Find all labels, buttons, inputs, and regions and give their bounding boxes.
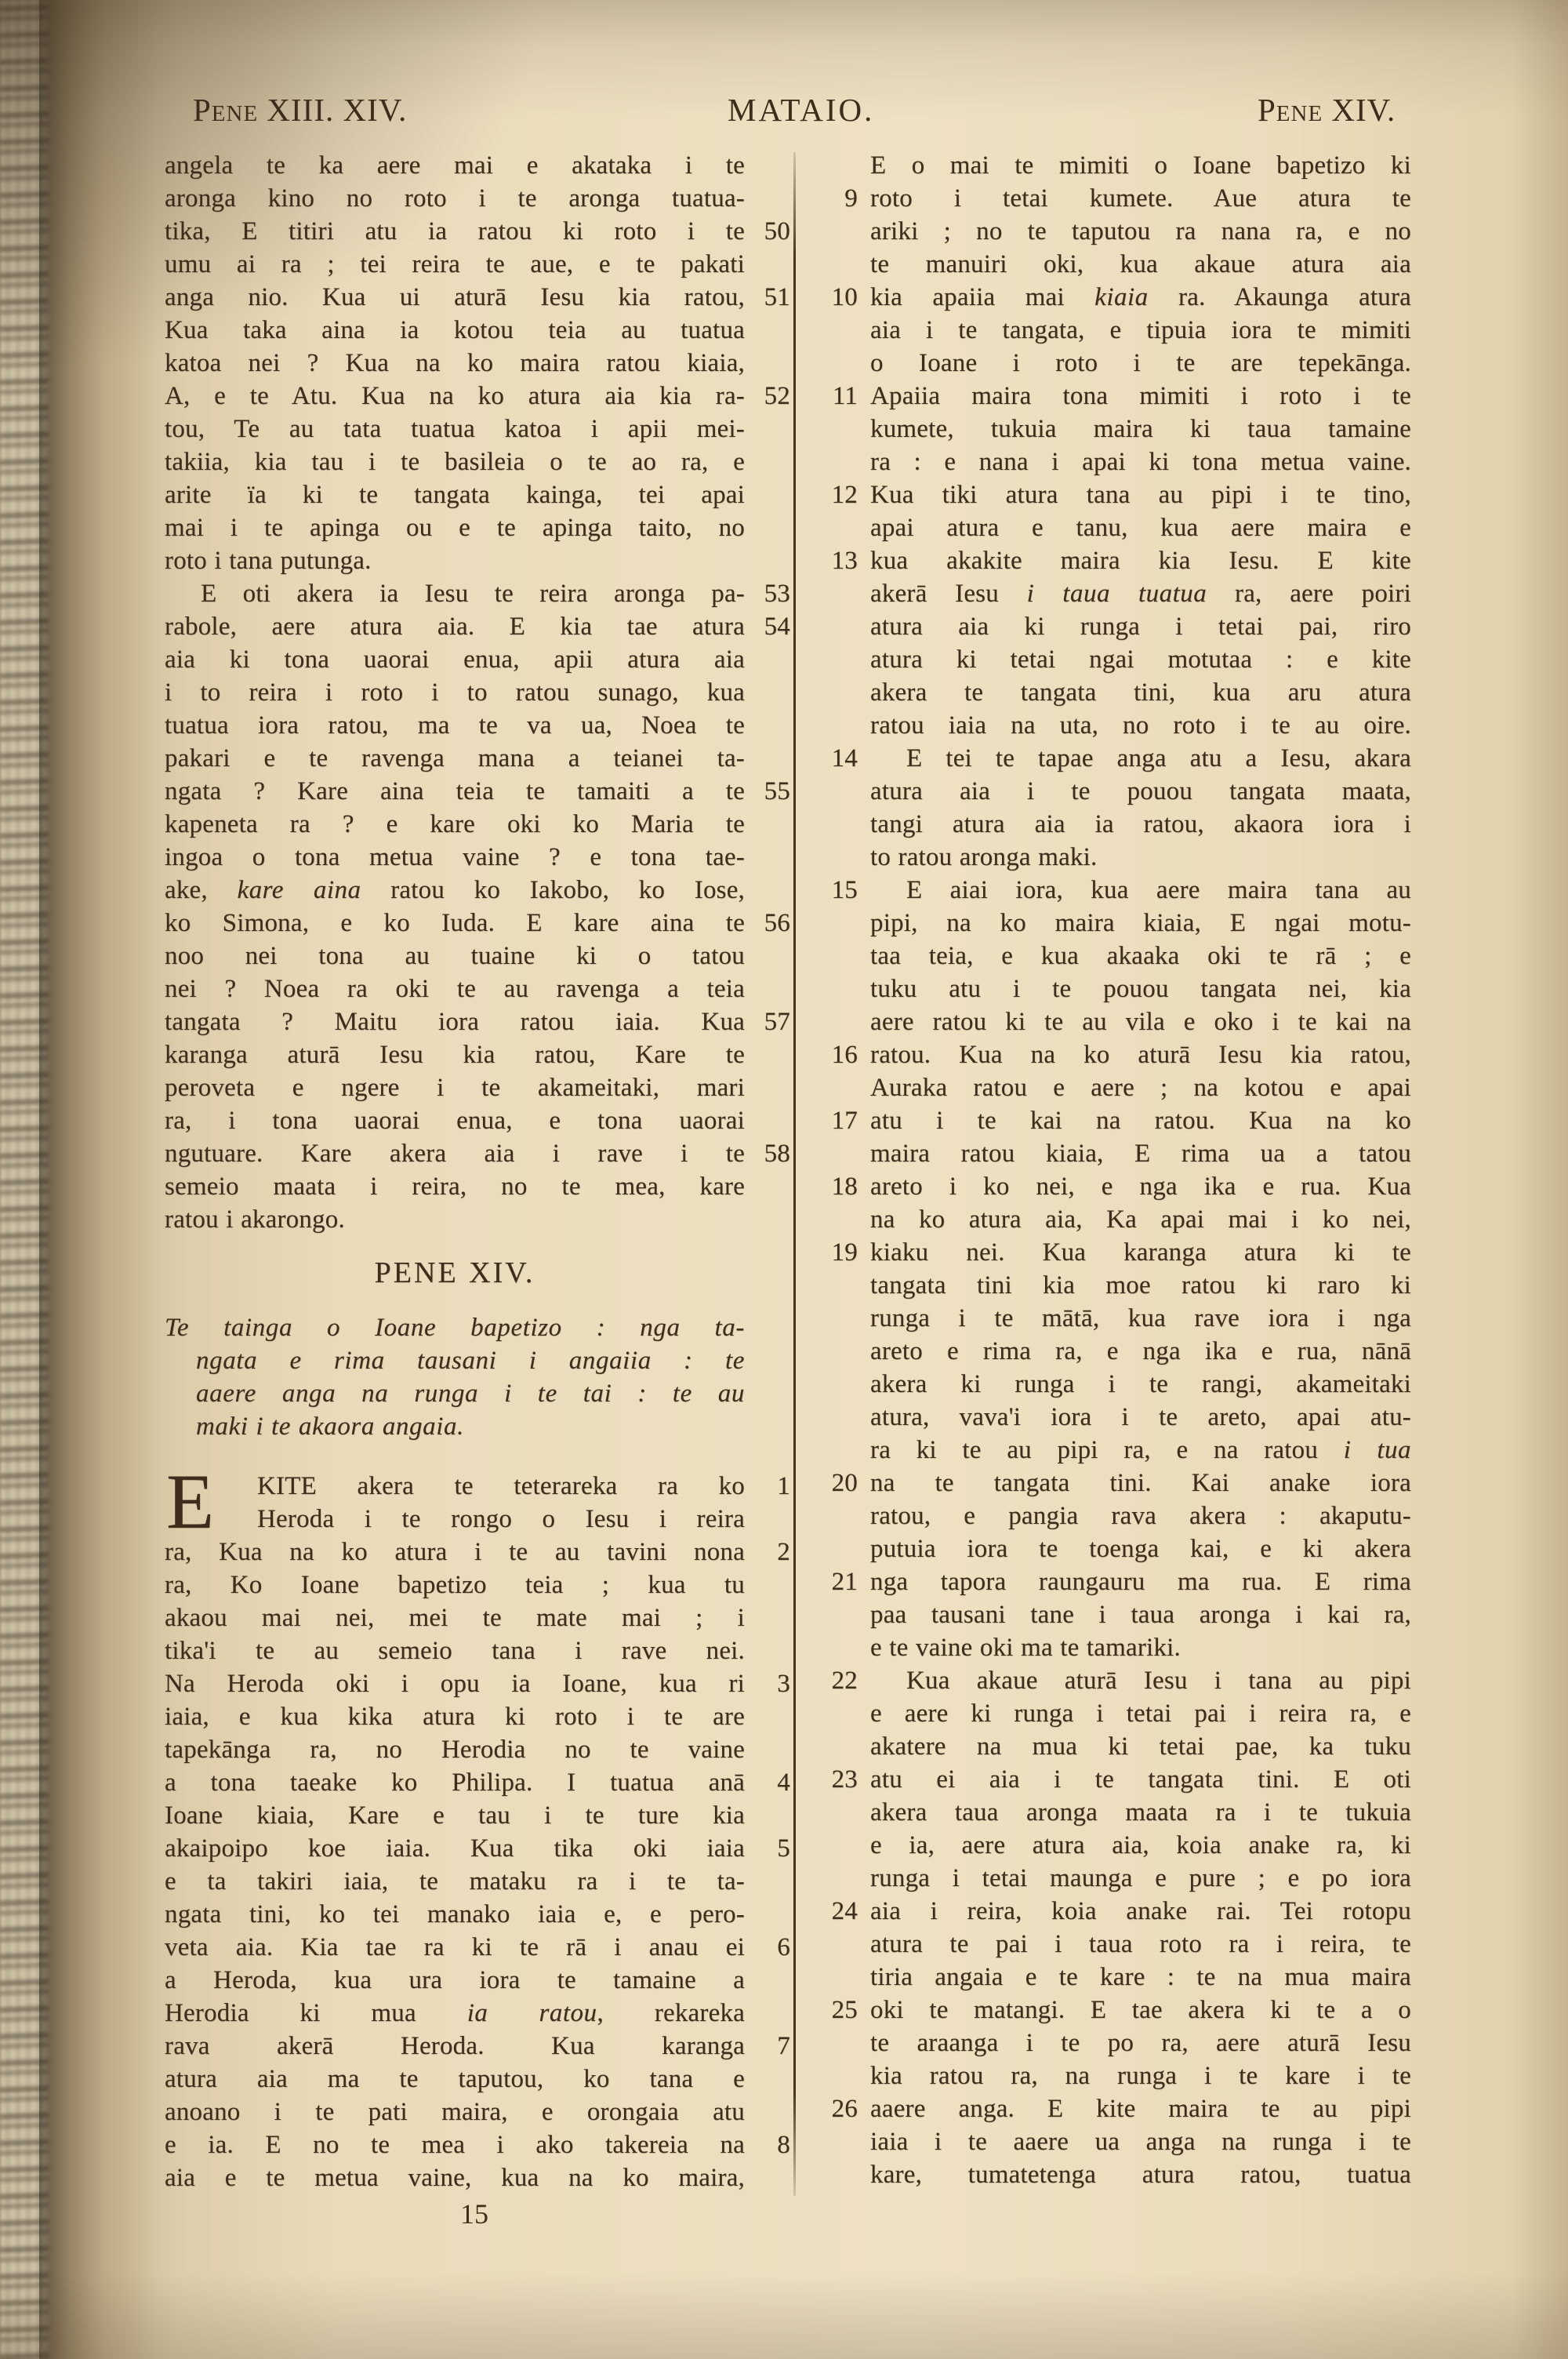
text-line: akatere na mua ki tetai pae, ka tuku — [814, 1730, 1411, 1763]
text-line-content: tangi atura aia ia ratou, akaora iora i — [870, 808, 1411, 841]
verse-number: 23 — [814, 1763, 858, 1796]
text-line: 21nga tapora raungauru ma rua. E rima — [814, 1565, 1411, 1598]
text-line: umu ai ra ; tei reira te aue, e te pakat… — [165, 248, 792, 281]
text-line-content: paa tausani tane i taua aronga i kai ra, — [870, 1598, 1411, 1631]
text-line-content: noo nei tona au tuaine ki o tatou — [165, 940, 745, 972]
text-line-content: Apaiia maira tona mimiti i roto i te — [870, 380, 1411, 413]
text-line-content: areto i ko nei, e nga ika e rua. Kua — [870, 1170, 1411, 1203]
text-line: ratou i akarongo. — [165, 1203, 792, 1236]
text-line: ra : e nana i apai ki tona metua vaine. — [814, 445, 1411, 478]
verse-number: 11 — [814, 380, 858, 413]
text-line-content: akaipoipo koe iaia. Kua tika oki iaia — [165, 1832, 745, 1865]
text-line-content: nga tapora raungauru ma rua. E rima — [870, 1565, 1411, 1598]
verse-number: 1 — [748, 1470, 790, 1503]
text-line: 18areto i ko nei, e nga ika e rua. Kua — [814, 1170, 1411, 1203]
text-line: te manuiri oki, kua akaue atura aia — [814, 248, 1411, 281]
verse-number: 3 — [748, 1667, 790, 1700]
text-line-content: ko Simona, e ko Iuda. E kare aina te — [165, 907, 745, 940]
text-line-content: ngata ? Kare aina teia te tamaiti a te — [165, 775, 745, 808]
text-line-content: ratou i akarongo. — [165, 1203, 745, 1236]
text-line: nei ? Noea ra oki te au ravenga a teia — [165, 972, 792, 1005]
text-line: aronga kino no roto i te aronga tuatua- — [165, 182, 792, 215]
text-line-content: atu i te kai na ratou. Kua na ko — [870, 1104, 1411, 1137]
text-line: aere ratou ki te au vila e oko i te kai … — [814, 1005, 1411, 1038]
chapter-heading: PENE XIV. — [165, 1256, 792, 1294]
text-line: arite ïa ki te tangata kainga, tei apai — [165, 478, 792, 511]
text-line-content: umu ai ra ; tei reira te aue, e te pakat… — [165, 248, 745, 281]
text-line-content: ra, Ko Ioane bapetizo teia ; kua tu — [165, 1568, 745, 1601]
text-line-content: atura ki tetai ngai motutaa : e kite — [870, 643, 1411, 676]
text-line: ra, Ko Ioane bapetizo teia ; kua tu — [165, 1568, 792, 1601]
verse-number: 5 — [748, 1832, 790, 1865]
text-line-content: taa teia, e kua akaaka oki te rā ; e — [870, 940, 1411, 972]
text-line: 51anga nio. Kua ui aturā Iesu kia ratou, — [165, 281, 792, 314]
text-line-content: akerā Iesu i taua tuatua ra, aere poiri — [870, 577, 1411, 610]
text-line: iaia i te aaere ua anga na runga i te — [814, 2125, 1411, 2158]
verse-number: 16 — [814, 1038, 858, 1071]
text-line-content: a tona taeake ko Philipa. I tuatua anā — [165, 1766, 745, 1799]
text-line: 57tangata ? Maitu iora ratou iaia. Kua — [165, 1005, 792, 1038]
text-line-content: ratou. Kua na ko aturā Iesu kia ratou, — [870, 1038, 1411, 1071]
text-line-content: atu ei aia i te tangata tini. E oti — [870, 1763, 1411, 1796]
text-line-content: e ta takiri iaia, te mataku ra i te ta- — [165, 1865, 745, 1898]
text-line: Te tainga o Ioane bapetizo : nga ta- — [165, 1311, 792, 1344]
text-line: paa tausani tane i taua aronga i kai ra, — [814, 1598, 1411, 1631]
text-line: 22Kua akaue aturā Iesu i tana au pipi — [814, 1664, 1411, 1697]
text-line-content: kiaku nei. Kua karanga atura ki te — [870, 1236, 1411, 1269]
text-line-content: Kua akaue aturā Iesu i tana au pipi — [870, 1664, 1411, 1697]
text-line-content: e aere ki runga i tetai pai i reira ra, … — [870, 1697, 1411, 1730]
text-line: ariki ; no te taputou ra nana ra, e no — [814, 215, 1411, 248]
text-line-content: apai atura e tanu, kua aere maira e — [870, 511, 1411, 544]
text-line: anoano i te pati maira, e orongaia atu — [165, 2095, 792, 2128]
text-line-content: e te vaine oki ma te tamariki. — [870, 1631, 1411, 1664]
left-column: angela te ka aere mai e akataka i tearon… — [165, 149, 792, 2194]
text-line-content: E tei te tapae anga atu a Iesu, akara — [870, 742, 1411, 775]
text-line-content: areto e rima ra, e nga ika e rua, nānā — [870, 1335, 1411, 1368]
text-line-content: atura, vava'i iora i te areto, apai atu- — [870, 1401, 1411, 1434]
text-line-content: tou, Te au tata tuatua katoa i apii mei- — [165, 413, 745, 445]
text-line-content: na ko atura aia, Ka apai mai i ko nei, — [870, 1203, 1411, 1236]
text-line: 14E tei te tapae anga atu a Iesu, akara — [814, 742, 1411, 775]
text-line-content: Te tainga o Ioane bapetizo : nga ta- — [165, 1311, 745, 1344]
text-line: 10kia apaiia mai kiaia ra. Akaunga atura — [814, 281, 1411, 314]
text-line-content: kapeneta ra ? e kare oki ko Maria te — [165, 808, 745, 841]
text-line: semeio maata i reira, no te mea, kare — [165, 1170, 792, 1203]
text-line-content: aronga kino no roto i te aronga tuatua- — [165, 182, 745, 215]
text-line-content: akaou mai nei, mei te mate mai ; i — [165, 1601, 745, 1634]
text-line-content: tangata ? Maitu iora ratou iaia. Kua — [165, 1005, 745, 1038]
text-line-content: ariki ; no te taputou ra nana ra, e no — [870, 215, 1411, 248]
text-line-content: E oti akera ia Iesu te reira aronga pa- — [165, 577, 745, 610]
text-line-content: kia ratou ra, na runga i te kare i te — [870, 2059, 1411, 2092]
text-line: kapeneta ra ? e kare oki ko Maria te — [165, 808, 792, 841]
text-line: taa teia, e kua akaaka oki te rā ; e — [814, 940, 1411, 972]
text-line-content: i to reira i roto i to ratou sunago, kua — [165, 676, 745, 709]
text-line-content: ngata e rima tausani i angaiia : te — [165, 1344, 745, 1377]
text-line: 58ngutuare. Kare akera aia i rave i te — [165, 1137, 792, 1170]
page-number: 15 — [165, 2197, 784, 2230]
verse-number: 55 — [748, 775, 790, 808]
text-line: ngata e rima tausani i angaiia : te — [165, 1344, 792, 1377]
text-line: runga i te mātā, kua rave iora i nga — [814, 1302, 1411, 1335]
text-line: 1EKITE akera te teterareka ra ko — [165, 1470, 792, 1503]
verse-number: 25 — [814, 1994, 858, 2026]
text-line-content: ingoa o tona metua vaine ? e tona tae- — [165, 841, 745, 874]
text-line: 9roto i tetai kumete. Aue atura te — [814, 182, 1411, 215]
verse-number: 54 — [748, 610, 790, 643]
text-line-content: anga nio. Kua ui aturā Iesu kia ratou, — [165, 281, 745, 314]
text-line: kare, tumatetenga atura ratou, tuatua — [814, 2158, 1411, 2191]
running-header-right: Pene XIV. — [1258, 91, 1396, 129]
text-line-content: kia apaiia mai kiaia ra. Akaunga atura — [870, 281, 1411, 314]
text-line: atura te pai i taua roto ra i reira, te — [814, 1928, 1411, 1961]
text-line: 4a tona taeake ko Philipa. I tuatua anā — [165, 1766, 792, 1799]
verse-number: 17 — [814, 1104, 858, 1137]
text-line: peroveta e ngere i te akameitaki, mari — [165, 1071, 792, 1104]
text-line-content: maira ratou kiaia, E rima ua a tatou — [870, 1137, 1411, 1170]
text-line-content: karanga aturā Iesu kia ratou, Kare te — [165, 1038, 745, 1071]
text-line-content: veta aia. Kia tae ra ki te rā i anau ei — [165, 1931, 745, 1964]
text-line: e ia, aere atura aia, koia anake ra, ki — [814, 1829, 1411, 1862]
text-line-content: kua akakite maira kia Iesu. E kite — [870, 544, 1411, 577]
text-line-content: katoa nei ? Kua na ko maira ratou kiaia, — [165, 347, 745, 380]
gutter-shadow — [39, 0, 157, 2359]
text-line: mai i te apinga ou e te apinga taito, no — [165, 511, 792, 544]
verse-number: 7 — [748, 2030, 790, 2063]
text-line-content: akera taua aronga maata ra i te tukuia — [870, 1796, 1411, 1829]
text-line: atura, vava'i iora i te areto, apai atu- — [814, 1401, 1411, 1434]
text-line-content: ra, Kua na ko atura i te au tavini nona — [165, 1536, 745, 1568]
verse-number: 13 — [814, 544, 858, 577]
text-line: 6veta aia. Kia tae ra ki te rā i anau ei — [165, 1931, 792, 1964]
verse-number: 21 — [814, 1565, 858, 1598]
text-line-content: atura aia i te pouou tangata maata, — [870, 775, 1411, 808]
text-line: 16ratou. Kua na ko aturā Iesu kia ratou, — [814, 1038, 1411, 1071]
text-line-content: akera ki runga i te rangi, akameitaki — [870, 1368, 1411, 1401]
text-line: 13kua akakite maira kia Iesu. E kite — [814, 544, 1411, 577]
text-line: katoa nei ? Kua na ko maira ratou kiaia, — [165, 347, 792, 380]
text-line: akera taua aronga maata ra i te tukuia — [814, 1796, 1411, 1829]
text-line: akaou mai nei, mei te mate mai ; i — [165, 1601, 792, 1634]
text-line-content: maki i te akaora angaia. — [165, 1410, 745, 1443]
text-line: atura aia ma te taputou, ko tana e — [165, 2063, 792, 2095]
text-line-content: aaere anga. E kite maira te au pipi — [870, 2092, 1411, 2125]
verse-number: 56 — [748, 907, 790, 940]
text-line: maki i te akaora angaia. — [165, 1410, 792, 1443]
text-line-content: ra : e nana i apai ki tona metua vaine. — [870, 445, 1411, 478]
text-line: e te vaine oki ma te tamariki. — [814, 1631, 1411, 1664]
text-line-content: tiria angaia e te kare : te na mua maira — [870, 1961, 1411, 1994]
text-line: e ta takiri iaia, te mataku ra i te ta- — [165, 1865, 792, 1898]
text-line: atura aia i te pouou tangata maata, — [814, 775, 1411, 808]
text-line-content: Ioane kiaia, Kare e tau i te ture kia — [165, 1799, 745, 1832]
text-line-content: tika, E titiri atu ia ratou ki roto i te — [165, 215, 745, 248]
text-line-content: peroveta e ngere i te akameitaki, mari — [165, 1071, 745, 1104]
text-line-content: aia i te tangata, e tipuia iora te mimit… — [870, 314, 1411, 347]
text-line: tiria angaia e te kare : te na mua maira — [814, 1961, 1411, 1994]
text-line: tuatua iora ratou, ma te va ua, Noea te — [165, 709, 792, 742]
text-line-content: ake, kare aina ratou ko Iakobo, ko Iose, — [165, 874, 745, 907]
text-line: Herodia ki mua ia ratou, rekareka — [165, 1997, 792, 2030]
text-line-content: tapekānga ra, no Herodia no te vaine — [165, 1733, 745, 1766]
text-line: te araanga i te po ra, aere aturā Iesu — [814, 2026, 1411, 2059]
text-line: runga i tetai maunga e pure ; e po iora — [814, 1862, 1411, 1895]
text-line-content: na te tangata tini. Kai anake iora — [870, 1467, 1411, 1499]
text-line: roto i tana putunga. — [165, 544, 792, 577]
text-line-content: takiia, kia tau i te basileia o te ao ra… — [165, 445, 745, 478]
text-line: 50tika, E titiri atu ia ratou ki roto i … — [165, 215, 792, 248]
text-line-content: ratou, e pangia rava akera : akaputu- — [870, 1499, 1411, 1532]
verse-number: 19 — [814, 1236, 858, 1269]
text-line: 19kiaku nei. Kua karanga atura ki te — [814, 1236, 1411, 1269]
text-line: 52A, e te Atu. Kua na ko atura aia kia r… — [165, 380, 792, 413]
text-line: to ratou aronga maki. — [814, 841, 1411, 874]
text-line-content: E aiai iora, kua aere maira tana au — [870, 874, 1411, 907]
verse-number: 14 — [814, 742, 858, 775]
verse-number: 6 — [748, 1931, 790, 1964]
text-line: 15E aiai iora, kua aere maira tana au — [814, 874, 1411, 907]
text-line: tuku atu i te pouou tangata nei, kia — [814, 972, 1411, 1005]
text-line-content: E o mai te mimiti o Ioane bapetizo ki — [870, 149, 1411, 182]
text-line: putuia iora te toenga kai, e ki akera — [814, 1532, 1411, 1565]
text-line-content: rabole, aere atura aia. E kia tae atura — [165, 610, 745, 643]
verse-number: 12 — [814, 478, 858, 511]
verse-number: 8 — [748, 2128, 790, 2161]
verse-number: 26 — [814, 2092, 858, 2125]
text-line-content: te araanga i te po ra, aere aturā Iesu — [870, 2026, 1411, 2059]
text-line-content: angela te ka aere mai e akataka i te — [165, 149, 745, 182]
text-line: aia i te tangata, e tipuia iora te mimit… — [814, 314, 1411, 347]
book-page-photo: Pene XIII. XIV. MATAIO. Pene XIV. angela… — [0, 0, 1568, 2359]
text-line: 12Kua tiki atura tana au pipi i te tino, — [814, 478, 1411, 511]
text-line-content: tuku atu i te pouou tangata nei, kia — [870, 972, 1411, 1005]
text-line-content: rava akerā Heroda. Kua karanga — [165, 2030, 745, 2063]
text-line: Auraka ratou e aere ; na kotou e apai — [814, 1071, 1411, 1104]
text-line: E o mai te mimiti o Ioane bapetizo ki — [814, 149, 1411, 182]
text-line: 17atu i te kai na ratou. Kua na ko — [814, 1104, 1411, 1137]
text-line: tangi atura aia ia ratou, akaora iora i — [814, 808, 1411, 841]
text-line: 56ko Simona, e ko Iuda. E kare aina te — [165, 907, 792, 940]
text-line-content: Auraka ratou e aere ; na kotou e apai — [870, 1071, 1411, 1104]
text-line: e aere ki runga i tetai pai i reira ra, … — [814, 1697, 1411, 1730]
text-line-content: mai i te apinga ou e te apinga taito, no — [165, 511, 745, 544]
text-line: angela te ka aere mai e akataka i te — [165, 149, 792, 182]
text-line: aia ki tona uaorai enua, apii atura aia — [165, 643, 792, 676]
text-line-content: A, e te Atu. Kua na ko atura aia kia ra- — [165, 380, 745, 413]
text-line: ra, i tona uaorai enua, e tona uaorai — [165, 1104, 792, 1137]
verse-number: 51 — [748, 281, 790, 314]
text-line: kia ratou ra, na runga i te kare i te — [814, 2059, 1411, 2092]
text-line: tou, Te au tata tuatua katoa i apii mei- — [165, 413, 792, 445]
text-line-content: e ia. E no te mea i ako takereia na — [165, 2128, 745, 2161]
text-line-content: roto i tana putunga. — [165, 544, 745, 577]
text-line-content: ngutuare. Kare akera aia i rave i te — [165, 1137, 745, 1170]
text-line: ingoa o tona metua vaine ? e tona tae- — [165, 841, 792, 874]
text-line: tika'i te au semeio tana i rave nei. — [165, 1634, 792, 1667]
verse-number: 9 — [814, 182, 858, 215]
verse-number: 10 — [814, 281, 858, 314]
text-line: iaia, e kua kika atura ki roto i te are — [165, 1700, 792, 1733]
text-line: 7rava akerā Heroda. Kua karanga — [165, 2030, 792, 2063]
verse-number: 18 — [814, 1170, 858, 1203]
text-line-content: iaia i te aaere ua anga na runga i te — [870, 2125, 1411, 2158]
text-line: 53E oti akera ia Iesu te reira aronga pa… — [165, 577, 792, 610]
text-line-content: aia ki tona uaorai enua, apii atura aia — [165, 643, 745, 676]
text-line-content: aere ratou ki te au vila e oko i te kai … — [870, 1005, 1411, 1038]
text-line-content: oki te matangi. E tae akera ki te a o — [870, 1994, 1411, 2026]
verse-number: 15 — [814, 874, 858, 907]
text-line: pipi, na ko maira kiaia, E ngai motu- — [814, 907, 1411, 940]
text-line: Kua taka aina ia kotou teia au tuatua — [165, 314, 792, 347]
text-line: ngata tini, ko tei manako iaia e, e pero… — [165, 1898, 792, 1931]
text-line: 24aia i reira, koia anake rai. Tei rotop… — [814, 1895, 1411, 1928]
text-line: 54rabole, aere atura aia. E kia tae atur… — [165, 610, 792, 643]
text-line: aaere anga na runga i te tai : te au — [165, 1377, 792, 1410]
text-line-content: nei ? Noea ra oki te au ravenga a teia — [165, 972, 745, 1005]
verse-number: 58 — [748, 1137, 790, 1170]
text-line: 11Apaiia maira tona mimiti i roto i te — [814, 380, 1411, 413]
text-line-content: kare, tumatetenga atura ratou, tuatua — [870, 2158, 1411, 2191]
text-line: atura ki tetai ngai motutaa : e kite — [814, 643, 1411, 676]
text-line: ratou, e pangia rava akera : akaputu- — [814, 1499, 1411, 1532]
text-line: 8e ia. E no te mea i ako takereia na — [165, 2128, 792, 2161]
text-line: 3Na Heroda oki i opu ia Ioane, kua ri — [165, 1667, 792, 1700]
text-line-content: kumete, tukuia maira ki taua tamaine — [870, 413, 1411, 445]
text-line-content: anoano i te pati maira, e orongaia atu — [165, 2095, 745, 2128]
verse-number: 24 — [814, 1895, 858, 1928]
text-line: maira ratou kiaia, E rima ua a tatou — [814, 1137, 1411, 1170]
text-line-content: putuia iora te toenga kai, e ki akera — [870, 1532, 1411, 1565]
verse-number: 20 — [814, 1467, 858, 1499]
verse-number: 4 — [748, 1766, 790, 1799]
running-header-left: Pene XIII. XIV. — [193, 91, 407, 129]
right-column: E o mai te mimiti o Ioane bapetizo ki9ro… — [814, 149, 1411, 2191]
text-line-content: atura te pai i taua roto ra i reira, te — [870, 1928, 1411, 1961]
column-divider-rule — [793, 152, 796, 2196]
text-line: takiia, kia tau i te basileia o te ao ra… — [165, 445, 792, 478]
text-line: ratou iaia na uta, no roto i te au oire. — [814, 709, 1411, 742]
text-line-content: akatere na mua ki tetai pae, ka tuku — [870, 1730, 1411, 1763]
verse-number: 52 — [748, 380, 790, 413]
text-line-content: pakari e te ravenga mana a teianei ta- — [165, 742, 745, 775]
text-line-content: to ratou aronga maki. — [870, 841, 1411, 874]
text-line: akera te tangata tini, kua aru atura — [814, 676, 1411, 709]
verse-number: 57 — [748, 1005, 790, 1038]
text-line: ake, kare aina ratou ko Iakobo, ko Iose, — [165, 874, 792, 907]
text-line-content: aaere anga na runga i te tai : te au — [165, 1377, 745, 1410]
text-line-content: ngata tini, ko tei manako iaia e, e pero… — [165, 1898, 745, 1931]
text-line: 5akaipoipo koe iaia. Kua tika oki iaia — [165, 1832, 792, 1865]
text-line-content: arite ïa ki te tangata kainga, tei apai — [165, 478, 745, 511]
text-line-content: e ia, aere atura aia, koia anake ra, ki — [870, 1829, 1411, 1862]
text-line-content: aia e te metua vaine, kua na ko maira, — [165, 2161, 745, 2194]
text-line-content: Kua tiki atura tana au pipi i te tino, — [870, 478, 1411, 511]
text-line-content: o Ioane i roto i te are tepekānga. — [870, 347, 1411, 380]
text-line: o Ioane i roto i te are tepekānga. — [814, 347, 1411, 380]
text-line-content: iaia, e kua kika atura ki roto i te are — [165, 1700, 745, 1733]
text-line-content: KITE akera te teterareka ra ko — [165, 1470, 745, 1503]
text-line: 23atu ei aia i te tangata tini. E oti — [814, 1763, 1411, 1796]
text-line: pakari e te ravenga mana a teianei ta- — [165, 742, 792, 775]
text-line: Ioane kiaia, Kare e tau i te ture kia — [165, 1799, 792, 1832]
text-line: i to reira i roto i to ratou sunago, kua — [165, 676, 792, 709]
text-line: atura aia ki runga i tetai pai, riro — [814, 610, 1411, 643]
text-line: karanga aturā Iesu kia ratou, Kare te — [165, 1038, 792, 1071]
running-header-title: MATAIO. — [728, 91, 874, 129]
verse-number: 50 — [748, 215, 790, 248]
text-line: 55ngata ? Kare aina teia te tamaiti a te — [165, 775, 792, 808]
text-line-content: ratou iaia na uta, no roto i te au oire. — [870, 709, 1411, 742]
text-line-content: Heroda i te rongo o Iesu i reira — [165, 1503, 745, 1536]
text-line: tapekānga ra, no Herodia no te vaine — [165, 1733, 792, 1766]
text-line: akera ki runga i te rangi, akameitaki — [814, 1368, 1411, 1401]
text-line-content: akera te tangata tini, kua aru atura — [870, 676, 1411, 709]
text-line: na ko atura aia, Ka apai mai i ko nei, — [814, 1203, 1411, 1236]
text-line-content: tika'i te au semeio tana i rave nei. — [165, 1634, 745, 1667]
text-line-content: tangata tini kia moe ratou ki raro ki — [870, 1269, 1411, 1302]
text-line-content: tuatua iora ratou, ma te va ua, Noea te — [165, 709, 745, 742]
text-line: areto e rima ra, e nga ika e rua, nānā — [814, 1335, 1411, 1368]
text-line-content: atura aia ma te taputou, ko tana e — [165, 2063, 745, 2095]
text-line-content: roto i tetai kumete. Aue atura te — [870, 182, 1411, 215]
text-line-content: Herodia ki mua ia ratou, rekareka — [165, 1997, 745, 2030]
text-line-content: Kua taka aina ia kotou teia au tuatua — [165, 314, 745, 347]
verse-number: 22 — [814, 1664, 858, 1697]
text-line: a Heroda, kua ura iora te tamaine a — [165, 1964, 792, 1997]
text-line-content: aia i reira, koia anake rai. Tei rotopu — [870, 1895, 1411, 1928]
verse-number: 53 — [748, 577, 790, 610]
text-line: apai atura e tanu, kua aere maira e — [814, 511, 1411, 544]
text-line: 26aaere anga. E kite maira te au pipi — [814, 2092, 1411, 2125]
text-line: 20na te tangata tini. Kai anake iora — [814, 1467, 1411, 1499]
text-line-content: ra, i tona uaorai enua, e tona uaorai — [165, 1104, 745, 1137]
verse-number: 2 — [748, 1536, 790, 1568]
text-line: 2ra, Kua na ko atura i te au tavini nona — [165, 1536, 792, 1568]
text-line-content: Na Heroda oki i opu ia Ioane, kua ri — [165, 1667, 745, 1700]
text-line: noo nei tona au tuaine ki o tatou — [165, 940, 792, 972]
text-line-content: te manuiri oki, kua akaue atura aia — [870, 248, 1411, 281]
text-line: 25oki te matangi. E tae akera ki te a o — [814, 1994, 1411, 2026]
text-line-content: runga i tetai maunga e pure ; e po iora — [870, 1862, 1411, 1895]
text-line-content: ra ki te au pipi ra, e na ratou i tua — [870, 1434, 1411, 1467]
text-line-content: a Heroda, kua ura iora te tamaine a — [165, 1964, 745, 1997]
text-line-content: semeio maata i reira, no te mea, kare — [165, 1170, 745, 1203]
text-line-content: runga i te mātā, kua rave iora i nga — [870, 1302, 1411, 1335]
text-line-content: atura aia ki runga i tetai pai, riro — [870, 610, 1411, 643]
text-line: akerā Iesu i taua tuatua ra, aere poiri — [814, 577, 1411, 610]
text-line: Heroda i te rongo o Iesu i reira — [165, 1503, 792, 1536]
text-line-content: PENE XIV. — [165, 1256, 745, 1289]
text-line: tangata tini kia moe ratou ki raro ki — [814, 1269, 1411, 1302]
text-line: kumete, tukuia maira ki taua tamaine — [814, 413, 1411, 445]
text-line: ra ki te au pipi ra, e na ratou i tua — [814, 1434, 1411, 1467]
text-line: aia e te metua vaine, kua na ko maira, — [165, 2161, 792, 2194]
text-line-content: pipi, na ko maira kiaia, E ngai motu- — [870, 907, 1411, 940]
